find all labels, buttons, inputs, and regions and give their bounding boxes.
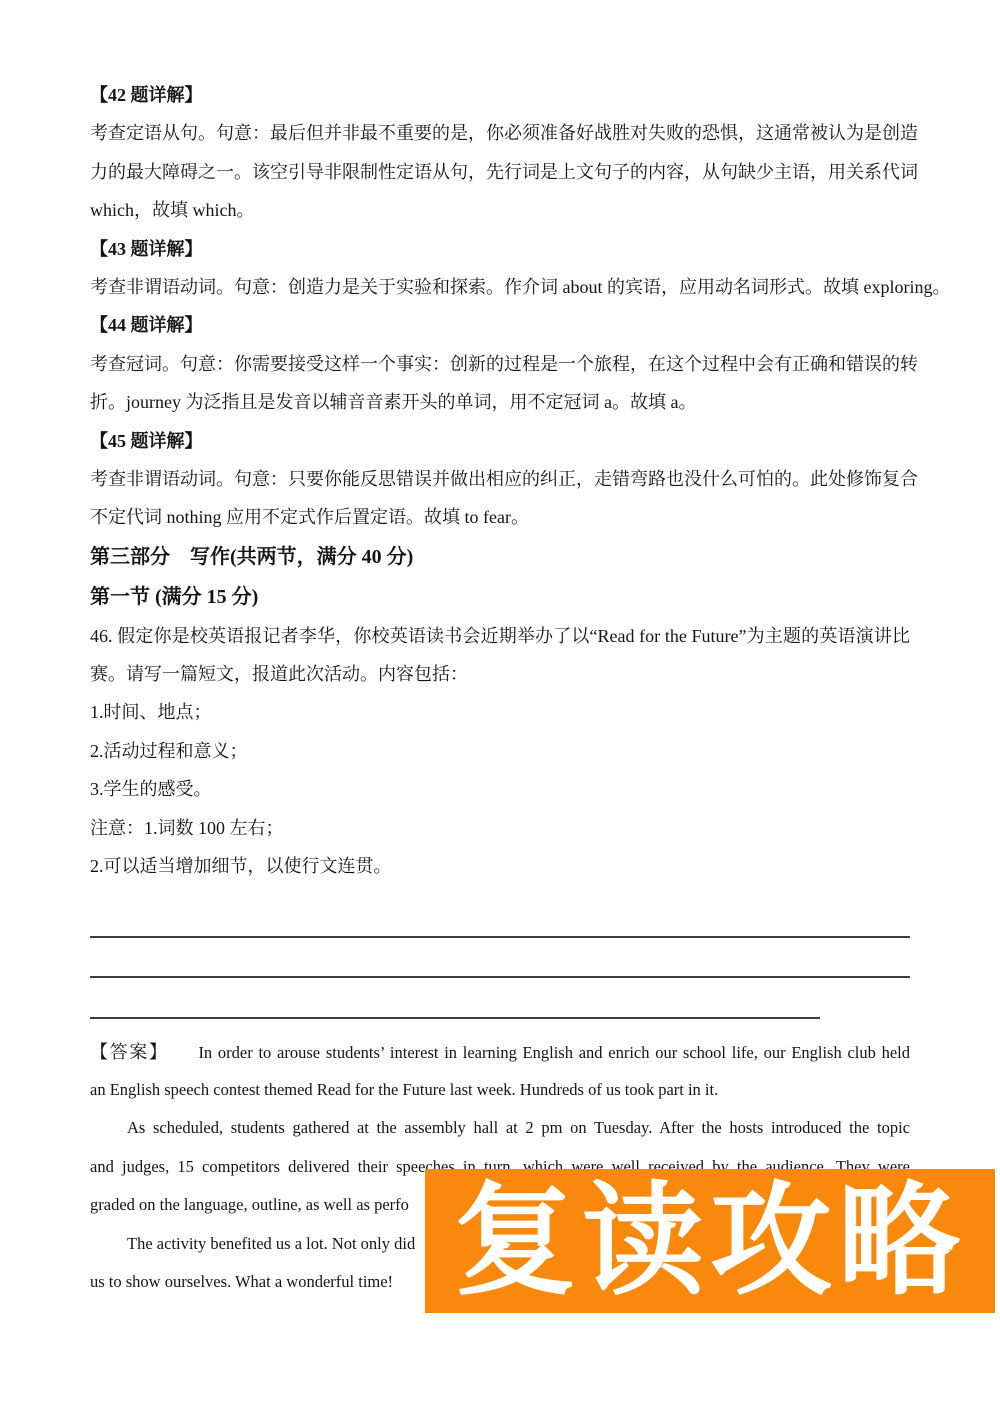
explanation-42-line: which，故填 which。 bbox=[90, 191, 910, 229]
watermark-text: 复读攻略 bbox=[454, 1180, 966, 1302]
task-intro-line: 46. 假定你是校英语报记者李华，你校英语读书会近期举办了以“Read for … bbox=[90, 617, 910, 655]
explanation-45-line: 不定代词 nothing 应用不定式作后置定语。故填 to fear。 bbox=[90, 498, 910, 536]
explanation-42-line: 考查定语从句。句意：最后但并非最不重要的是，你必须准备好战胜对失败的恐惧，这通常… bbox=[90, 114, 910, 152]
answer-line-first: 【答案】In order to arouse students’ interes… bbox=[90, 1033, 910, 1071]
explanation-heading-44: 【44 题详解】 bbox=[90, 306, 910, 344]
task-intro-line: 赛。请写一篇短文，报道此次活动。内容包括： bbox=[90, 655, 910, 693]
task-point: 1.时间、地点； bbox=[90, 693, 910, 731]
document-page: 【42 题详解】 考查定语从句。句意：最后但并非最不重要的是，你必须准备好战胜对… bbox=[0, 0, 1000, 1414]
answer-label: 【答案】 bbox=[90, 1042, 168, 1062]
task-point: 2.活动过程和意义； bbox=[90, 732, 910, 770]
watermark-banner: 复读攻略 bbox=[425, 1169, 995, 1313]
answer-blank-lines bbox=[90, 897, 910, 1018]
explanation-42-line: 力的最大障碍之一。该空引导非限制性定语从句，先行词是上文句子的内容，从句缺少主语… bbox=[90, 153, 910, 191]
section1-heading: 第一节 (满分 15 分) bbox=[90, 577, 910, 617]
answer-line: an English speech contest themed Read fo… bbox=[90, 1071, 910, 1109]
answer-line: As scheduled, students gathered at the a… bbox=[90, 1109, 910, 1147]
task-note: 2.可以适当增加细节，以使行文连贯。 bbox=[90, 847, 910, 885]
part3-heading: 第三部分 写作(共两节，满分 40 分) bbox=[90, 537, 910, 577]
explanation-44-line: 折。journey 为泛指且是发音以辅音音素开头的单词，用不定冠词 a。故填 a… bbox=[90, 383, 910, 421]
document-content: 【42 题详解】 考查定语从句。句意：最后但并非最不重要的是，你必须准备好战胜对… bbox=[90, 76, 910, 1301]
explanation-heading-43: 【43 题详解】 bbox=[90, 230, 910, 268]
explanation-43-line: 考查非谓语动词。句意：创造力是关于实验和探索。作介词 about 的宾语，应用动… bbox=[90, 268, 910, 306]
explanation-44-line: 考查冠词。句意：你需要接受这样一个事实：创新的过程是一个旅程，在这个过程中会有正… bbox=[90, 345, 910, 383]
task-point: 3.学生的感受。 bbox=[90, 770, 910, 808]
explanation-heading-42: 【42 题详解】 bbox=[90, 76, 910, 114]
answer-blank-line bbox=[90, 978, 820, 1018]
explanation-heading-45: 【45 题详解】 bbox=[90, 422, 910, 460]
task-note: 注意：1.词数 100 左右； bbox=[90, 809, 910, 847]
answer-blank-line bbox=[90, 897, 910, 937]
explanation-45-line: 考查非谓语动词。句意：只要你能反思错误并做出相应的纠正，走错弯路也没什么可怕的。… bbox=[90, 460, 910, 498]
answer-blank-line bbox=[90, 938, 910, 978]
answer-text: In order to arouse students’ interest in… bbox=[198, 1043, 910, 1062]
